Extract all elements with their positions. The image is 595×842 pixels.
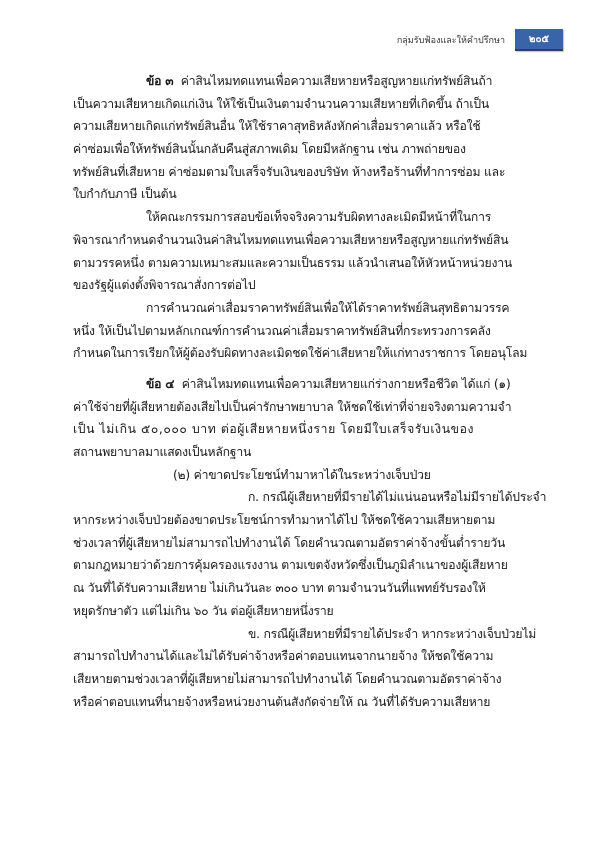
paragraph-line: เสียหายตามช่วงเวลาที่ผู้เสียหายไม่สามารถ…: [73, 668, 523, 691]
paragraph-line: ณ วันที่ได้รับความเสียหาย ไม่เกินวันละ ๓…: [73, 577, 523, 600]
paragraph-line: ของรัฐผู้แต่งตั้งพิจารณาสั่งการต่อไป: [73, 274, 523, 297]
clause-3-label: ข้อ ๓: [146, 74, 173, 88]
document-body: ข้อ ๓ ค่าสินไหมทดแทนเพื่อความเสียหายหรือ…: [73, 70, 523, 713]
clause-4: ข้อ ๔ ค่าสินไหมทดแทนเพื่อความเสียหายแก่ร…: [73, 373, 523, 713]
clause-3-text: ค่าสินไหมทดแทนเพื่อความเสียหายหรือสูญหาย…: [181, 74, 492, 88]
paragraph-line: ตามกฎหมายว่าด้วยการคุ้มครองแรงงาน ตามเขต…: [73, 554, 523, 577]
paragraph-line: ให้คณะกรรมการสอบข้อเท็จจริงความรับผิดทาง…: [73, 206, 523, 229]
paragraph-line: กำหนดในการเรียกให้ผู้ต้องรับผิดทางละเมิด…: [73, 342, 523, 365]
header-title: กลุ่มรับฟ้องและให้คำปรึกษา: [397, 33, 505, 47]
sub-item-a-first-line: ก. กรณีผู้เสียหายที่มีรายได้ไม่แน่นอนหรื…: [73, 486, 523, 509]
paragraph-line: ค่าใช้จ่ายที่ผู้เสียหายต้องเสียไปเป็นค่า…: [73, 396, 523, 419]
clause-3: ข้อ ๓ ค่าสินไหมทดแทนเพื่อความเสียหายหรือ…: [73, 70, 523, 365]
clause-4-label: ข้อ ๔: [146, 377, 174, 391]
paragraph-line: หนึ่ง ให้เป็นไปตามหลักเกณฑ์การคำนวณค่าเส…: [73, 320, 523, 343]
clause-3-first-line: ข้อ ๓ ค่าสินไหมทดแทนเพื่อความเสียหายหรือ…: [73, 70, 523, 93]
paragraph-line: หรือค่าตอบแทนที่นายจ้างหรือหน่วยงานต้นสั…: [73, 691, 523, 714]
paragraph-line: ตามวรรคหนึ่ง ตามความเหมาะสมและความเป็นธร…: [73, 252, 523, 275]
paragraph-line: สามารถไปทำงานได้และไม่ได้รับค่าจ้างหรือค…: [73, 645, 523, 668]
paragraph-line: ใบกำกับภาษี เป็นต้น: [73, 183, 523, 206]
paragraph-line: พิจารณากำหนดจำนวนเงินค่าสินไหมทดแทนเพื่อ…: [73, 229, 523, 252]
paragraph-line: สถานพยาบาลมาแสดงเป็นหลักฐาน: [73, 441, 523, 464]
paragraph-line: ทรัพย์สินที่เสียหาย ค่าซ่อมตามใบเสร็จรับ…: [73, 161, 523, 184]
paragraph-line: การคำนวณค่าเสื่อมราคาทรัพย์สินเพื่อให้ได…: [73, 297, 523, 320]
item-2-title: (๒) ค่าขาดประโยชน์ทำมาหาได้ในระหว่างเจ็บ…: [73, 464, 523, 487]
page-number-badge: ๒๐๕: [515, 29, 563, 51]
paragraph-line: ช่วงเวลาที่ผู้เสียหายไม่สามารถไปทำงานได้…: [73, 532, 523, 555]
paragraph-line: เป็น ไม่เกิน ๕๐,๐๐๐ บาท ต่อผู้เสียหายหนึ…: [73, 418, 523, 441]
paragraph-line: หยุดรักษาตัว แต่ไม่เกิน ๖๐ วัน ต่อผู้เสี…: [73, 600, 523, 623]
spacer: [73, 365, 523, 373]
paragraph-line: เป็นความเสียหายเกิดแก่เงิน ให้ใช้เป็นเงิ…: [73, 93, 523, 116]
paragraph-line: ความเสียหายเกิดแก่ทรัพย์สินอื่น ให้ใช้รา…: [73, 115, 523, 138]
sub-item-b-first-line: ข. กรณีผู้เสียหายที่มีรายได้ประจำ หากระห…: [73, 623, 523, 646]
page-header: กลุ่มรับฟ้องและให้คำปรึกษา ๒๐๕: [397, 29, 563, 51]
paragraph-line: หากระหว่างเจ็บป่วยต้องขาดประโยชน์การทำมา…: [73, 509, 523, 532]
clause-4-first-line: ข้อ ๔ ค่าสินไหมทดแทนเพื่อความเสียหายแก่ร…: [73, 373, 523, 396]
clause-4-text: ค่าสินไหมทดแทนเพื่อความเสียหายแก่ร่างกาย…: [182, 377, 511, 391]
paragraph-line: ค่าซ่อมเพื่อให้ทรัพย์สินนั้นกลับคืนสู่สภ…: [73, 138, 523, 161]
